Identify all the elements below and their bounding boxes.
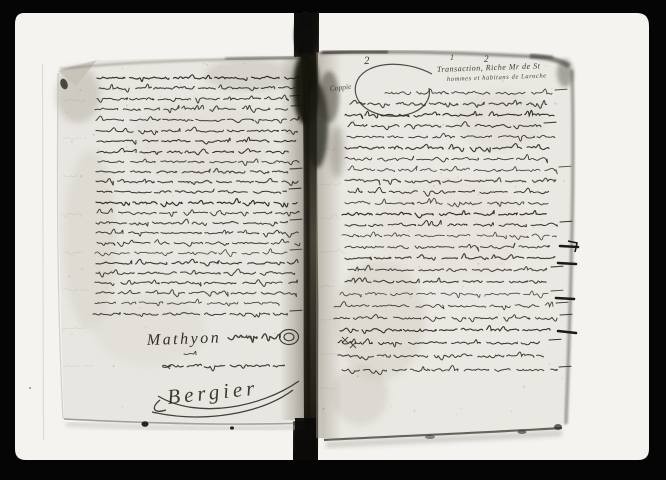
paper-speck [322,408,324,410]
paper-speck [440,172,442,174]
paper-speck [126,104,127,105]
paper-speck [362,290,363,291]
paper-speck [197,131,198,132]
paper-speck [79,89,81,91]
paper-speck [476,318,478,320]
paper-speck [203,63,204,64]
paper-speck [419,304,421,306]
paper-speck [226,332,227,333]
top-edge-smudge [225,57,301,59]
paper-speck [460,408,462,410]
paper-speck [457,176,459,178]
paper-speck [503,355,504,356]
paper-speck [395,331,396,332]
paper-speck [408,230,410,232]
scan-canvas: Mathyon Bergier [0,0,666,480]
paper-speck [554,102,556,104]
paper-speck [501,392,502,393]
paper-speck [126,146,128,148]
paper-speck [218,66,219,67]
paper-speck [146,147,148,149]
paper-speck [371,253,372,254]
paper-speck [462,286,464,288]
paper-speck [365,129,366,130]
paper-speck [515,186,517,188]
paper-speck [548,363,550,365]
paper-speck [121,68,123,70]
top-edge-smudge [322,51,388,53]
paper-speck [158,406,159,407]
paper-speck [433,185,435,187]
paper-speck [434,91,435,92]
scanned-manuscript-image: Mathyon Bergier [0,0,666,480]
paper-speck [353,120,355,122]
edge-blot [230,426,234,429]
paper-speck [238,75,240,77]
paper-speck [347,262,349,264]
paper-speck [126,343,127,344]
paper-speck [442,124,444,126]
paper-speck [374,279,376,281]
paper-speck [410,296,412,298]
paper-speck [160,96,161,97]
paper-speck [113,365,115,367]
paper-speck [80,175,82,177]
paper-speck [525,319,526,320]
paper-speck [501,262,503,264]
paper-speck [112,270,113,271]
paper-speck [391,406,392,407]
paper-speck [93,134,95,136]
paper-speck [259,158,261,160]
paper-speck [548,346,549,347]
paper-speck [478,194,480,196]
signature-mathyon: Mathyon [146,329,222,349]
paper-speck [523,386,525,388]
paper-speck [71,140,73,142]
paper-speck [243,63,245,65]
paper-speck [496,377,497,378]
paper-speck [66,112,67,113]
paper-speck [139,307,141,309]
paper-speck [448,178,450,180]
paper-speck [470,106,471,107]
edge-blot [425,435,435,439]
paper-speck [121,406,123,408]
paper-speck [478,263,480,265]
left-page: Mathyon Bergier [56,57,304,430]
paper-speck [331,247,332,248]
paper-speck [357,375,359,377]
paper-speck [98,149,100,151]
paper-speck [561,378,562,379]
paper-speck [213,264,214,265]
paper-speck [81,268,83,270]
paper-speck [414,410,416,412]
paper-speck [545,65,547,67]
paper-speck [487,182,488,183]
paper-speck [290,239,291,240]
paper-speck [190,100,191,101]
paper-speck [511,411,512,412]
paper-speck [532,226,534,228]
paper-speck [370,374,371,375]
edge-blot [554,424,562,430]
paper-speck [179,83,181,85]
backing-speck [29,387,31,389]
paper-speck [145,327,146,328]
paper-speck [172,196,174,198]
paper-speck [542,353,543,354]
paper-speck [145,368,146,369]
paper-speck [119,89,121,91]
paper-speck [68,276,70,278]
paper-speck [385,390,387,392]
paper-speck [179,170,180,171]
paper-speck [288,132,290,134]
paper-speck [418,266,420,268]
edge-blot [142,421,149,427]
paper-speck [551,88,552,89]
paper-speck [498,314,499,315]
header-mark-1: 1 [450,53,454,62]
paper-speck [541,219,542,220]
paper-speck [334,280,335,281]
paper-speck [122,387,123,388]
paper-speck [246,161,247,162]
paper-speck [391,304,392,305]
edge-blot [518,430,527,434]
paper-speck [274,332,276,334]
right-page: 2 1 2 Transaction, Riche Mr de St hommes… [316,51,578,445]
paper-speck [471,365,472,366]
paper-speck [71,333,73,335]
paper-speck [456,413,458,415]
paper-speck [206,64,208,66]
paper-speck [563,180,565,182]
paper-speck [121,213,123,215]
paper-speck [62,329,64,331]
